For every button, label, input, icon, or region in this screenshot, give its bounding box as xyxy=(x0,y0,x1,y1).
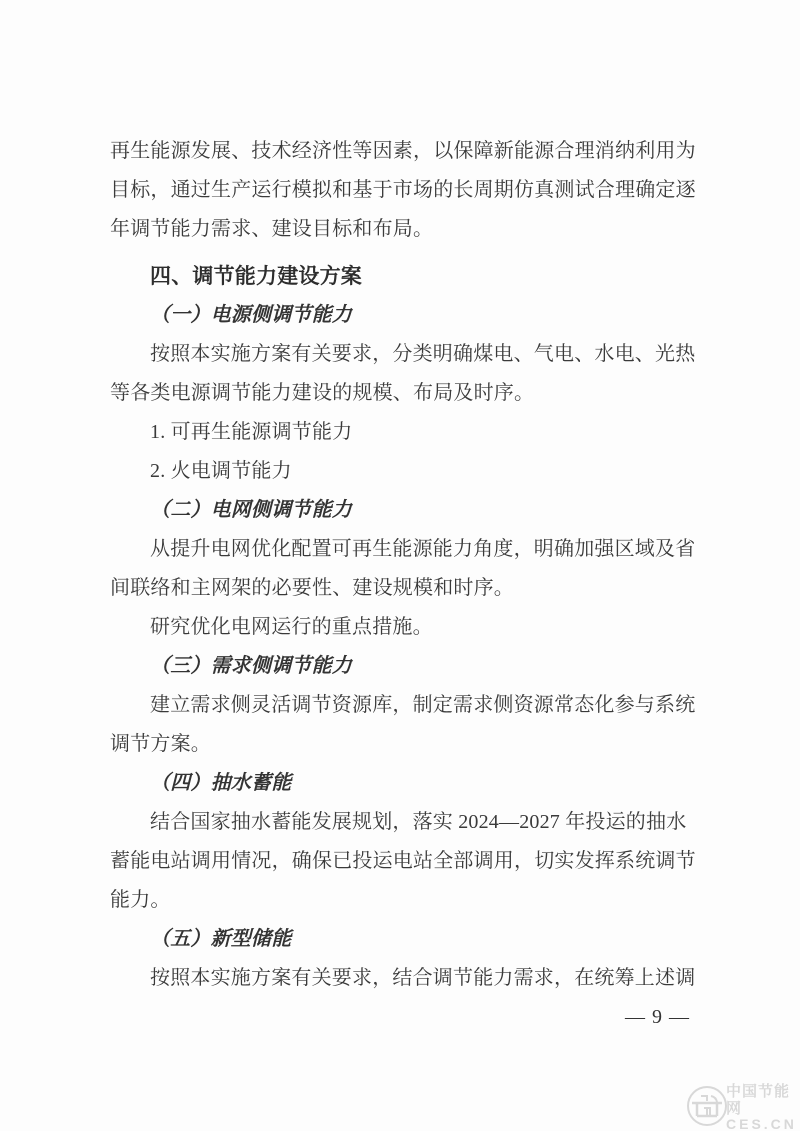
body-text-line: 结合国家抽水蓄能发展规划，落实 2024—2027 年投运的抽水 xyxy=(110,803,692,842)
sub-heading: （三）需求侧调节能力 xyxy=(110,647,692,686)
body-text-line: 蓄能电站调用情况，确保已投运电站全部调用，切实发挥系统调节 xyxy=(110,842,692,881)
sub-heading: （一）电源侧调节能力 xyxy=(110,296,692,335)
ces-logo-icon xyxy=(684,1083,730,1131)
body-text-line: 年调节能力需求、建设目标和布局。 xyxy=(110,210,692,249)
body-text-line: 调节方案。 xyxy=(110,725,692,764)
body-text-line: 能力。 xyxy=(110,881,692,920)
watermark-site-name: 中国节能网 xyxy=(726,1084,800,1117)
document-body: 再生能源发展、技术经济性等因素，以保障新能源合理消纳利用为 目标，通过生产运行模… xyxy=(110,132,692,1037)
body-text-line: 再生能源发展、技术经济性等因素，以保障新能源合理消纳利用为 xyxy=(110,132,692,171)
body-text-line: 等各类电源调节能力建设的规模、布局及时序。 xyxy=(110,374,692,413)
watermark: 中国节能网 CES.CN xyxy=(684,1083,800,1131)
watermark-text: 中国节能网 CES.CN xyxy=(726,1084,800,1131)
sub-heading: （五）新型储能 xyxy=(110,920,692,959)
sub-heading: （二）电网侧调节能力 xyxy=(110,491,692,530)
page-number: — 9 — xyxy=(110,998,692,1037)
body-text-line: 研究优化电网运行的重点措施。 xyxy=(110,608,692,647)
body-text-line: 目标，通过生产运行模拟和基于市场的长周期仿真测试合理确定逐 xyxy=(110,171,692,210)
document-page: 再生能源发展、技术经济性等因素，以保障新能源合理消纳利用为 目标，通过生产运行模… xyxy=(0,0,800,1131)
section-heading: 四、调节能力建设方案 xyxy=(110,257,692,296)
sub-heading: （四）抽水蓄能 xyxy=(110,764,692,803)
watermark-site-code: CES.CN xyxy=(726,1117,800,1131)
body-text-line: 从提升电网优化配置可再生能源能力角度，明确加强区域及省 xyxy=(110,530,692,569)
numbered-list-item: 2. 火电调节能力 xyxy=(110,452,692,491)
body-text-line: 按照本实施方案有关要求，分类明确煤电、气电、水电、光热 xyxy=(110,335,692,374)
body-text-line: 建立需求侧灵活调节资源库，制定需求侧资源常态化参与系统 xyxy=(110,686,692,725)
body-text-line: 间联络和主网架的必要性、建设规模和时序。 xyxy=(110,569,692,608)
numbered-list-item: 1. 可再生能源调节能力 xyxy=(110,413,692,452)
body-text-line: 按照本实施方案有关要求，结合调节能力需求，在统筹上述调 xyxy=(110,959,692,998)
